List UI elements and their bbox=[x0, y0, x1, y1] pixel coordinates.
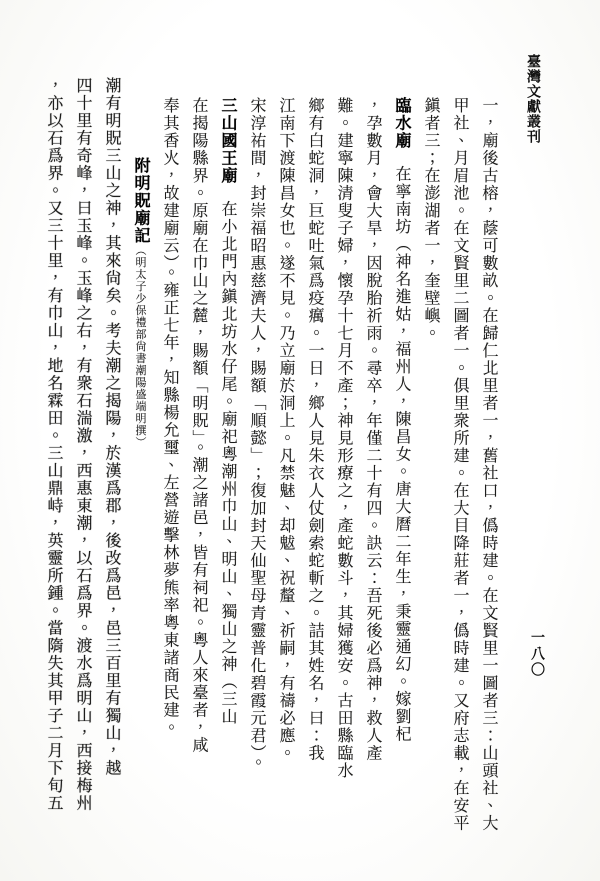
text-column: 甲社、月眉池。在文賢里二圖者一。俱里衆所建。在大目降莊者一，僞時建。又府志載，在… bbox=[448, 97, 470, 832]
entry-text: 在寧南坊（神名進姑，福州人，陳昌女。唐大曆二年生，秉靈通幻。嫁劉杞 bbox=[393, 166, 410, 744]
entry-text: 在小北門內鎭北坊水仔尾。廟祀粵潮州巾山、明山、獨山之神（三山 bbox=[219, 201, 236, 726]
text-column: 一，廟後古榕，蔭可數畝。在歸仁北里者一，舊社口，僞時建。在文賢里一圖者三：山頭社… bbox=[477, 97, 499, 832]
page-number: 一八〇 bbox=[526, 630, 546, 678]
entry-heading-three-mountain-kings-temple: 三山國王廟 bbox=[219, 97, 236, 185]
text-column: ，孕數月，會大旱，因脫胎祈雨。尋卒，年僅二十有四。訣云：吾死後必爲神，救人產 bbox=[361, 97, 383, 762]
text-column: 鄉有白蛇洞，巨蛇吐氣爲疫癘。一日，鄉人見朱衣人仗劍索蛇斬之。詰其姓名，曰：我 bbox=[303, 97, 325, 762]
text-column: 江南下渡陳昌女也。遂不見。乃立廟於洞上。凡禁魅、却魃、祝釐、祈嗣，有禱必應。 bbox=[274, 97, 296, 762]
scanned-book-page: 臺灣文獻叢刊 一八〇 一，廟後古榕，蔭可數畝。在歸仁北里者一，舊社口，僞時建。在… bbox=[0, 0, 600, 881]
text-column: 潮有明貺三山之神，其來尙矣。考夫潮之揭陽，於漢爲郡，後改爲邑，邑三百里有獨山，越 bbox=[100, 77, 122, 777]
text-column: 臨水廟在寧南坊（神名進姑，福州人，陳昌女。唐大曆二年生，秉靈通幻。嫁劉杞 bbox=[390, 97, 412, 743]
entry-heading-linshui-temple: 臨水廟 bbox=[393, 97, 410, 150]
text-column: 鎭者三；在澎湖者一，奎壁嶼。 bbox=[419, 97, 441, 342]
text-column: 附明貺廟記（明太子少保禮部尙書潮陽盛端明撰） bbox=[129, 157, 151, 449]
text-column: 難。建寧陳清叟子婦，懷孕十七月不產；神見形療之，產蛇數斗，其婦獲安。古田縣臨水 bbox=[332, 97, 354, 780]
series-title: 臺灣文獻叢刊 bbox=[522, 54, 542, 144]
author-note: （明太子少保禮部尙書潮陽盛端明撰） bbox=[134, 245, 146, 449]
text-column: ，亦以石爲界。又三十里，有巾山，地名霖田。三山鼎峙，英靈所鍾。當隋失其甲子二月下… bbox=[42, 77, 64, 812]
entry-heading-mingkuang-temple-record: 附明貺廟記 bbox=[132, 157, 149, 245]
text-column: 四十里有奇峰，曰玉峰。玉峰之右，有衆石湍激，西惠東潮，以石爲界。渡水爲明山，西接… bbox=[71, 77, 93, 812]
text-column: 在揭陽縣界。原廟在巾山之麓，賜額「明貺」。潮之諸邑，皆有祠祀。粵人來臺者，咸 bbox=[187, 97, 209, 754]
text-column: 奉其香火，故建廟云）。雍正七年，知縣楊允璽、左營遊擊林夢熊率粵東諸商民建。 bbox=[158, 97, 180, 737]
text-column: 三山國王廟在小北門內鎭北坊水仔尾。廟祀粵潮州巾山、明山、獨山之神（三山 bbox=[216, 97, 238, 726]
text-column: 宋淳祐間，封崇福昭惠慈濟夫人，賜額「順懿」；復加封天仙聖母青靈普化碧霞元君）。 bbox=[245, 97, 267, 772]
